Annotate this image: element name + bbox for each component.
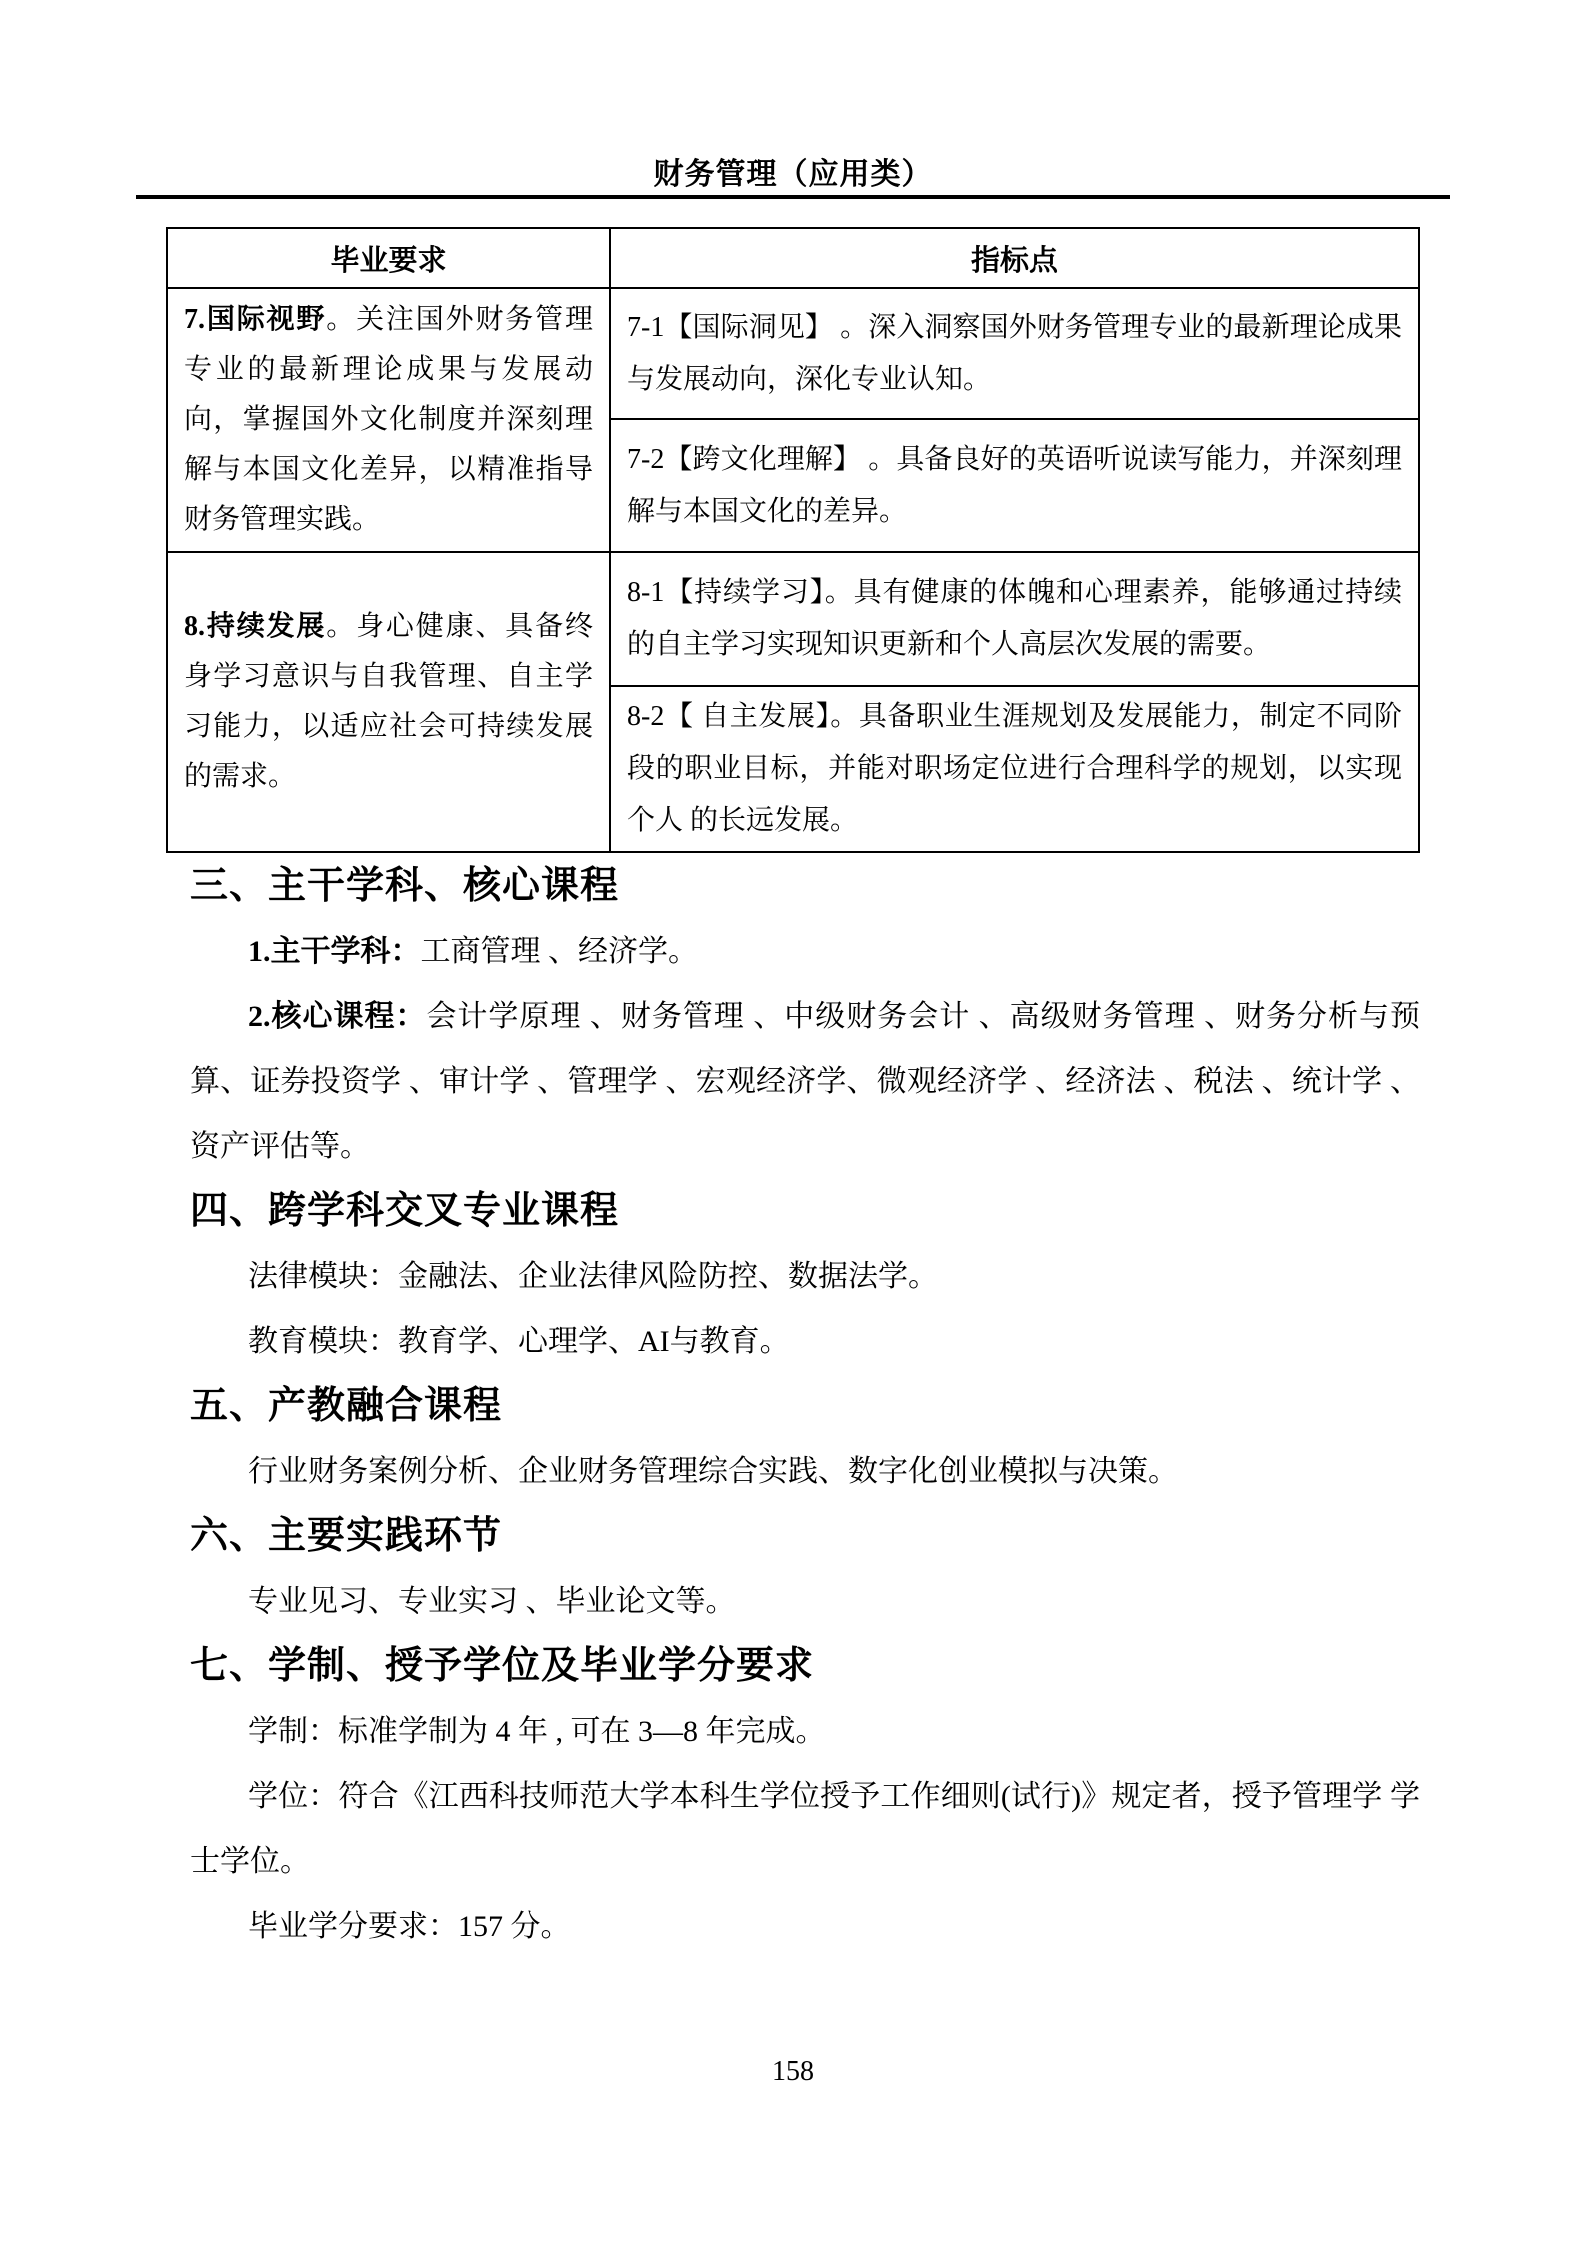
requirement-cell-7: 7.国际视野。关注国外财务管理专业的最新理论成果与发展动向，掌握国外文化制度并深… <box>167 288 610 552</box>
section-heading-7: 七、学制、授予学位及毕业学分要求 <box>190 1634 1420 1699</box>
requirement-7-lead: 7.国际视野 <box>184 304 326 335</box>
table-row: 8.持续发展。身心健康、具备终身学习意识与自我管理、自主学习能力，以适应社会可持… <box>167 552 1419 686</box>
graduation-requirements-table: 毕业要求 指标点 7.国际视野。关注国外财务管理专业的最新理论成果与发展动向，掌… <box>166 227 1420 853</box>
indicator-cell-8-2: 8-2【 自主发展】。具备职业生涯规划及发展能力，制定不同阶段的职业目标，并能对… <box>610 686 1419 852</box>
page-number: 158 <box>0 2056 1586 2088</box>
table-header-indicator: 指标点 <box>610 228 1419 288</box>
paragraph-core-courses: 2.核心课程：会计学原理 、财务管理 、中级财务会计 、高级财务管理 、财务分析… <box>190 984 1420 1179</box>
paragraph-education-module: 教育模块：教育学、心理学、AI与教育。 <box>190 1309 1420 1374</box>
indicator-cell-7-2: 7-2【跨文化理解】 。具备良好的英语听说读写能力，并深刻理解与本国文化的差异。 <box>610 419 1419 552</box>
indicator-cell-7-1: 7-1【国际洞见】 。深入洞察国外财务管理专业的最新理论成果与发展动向，深化专业… <box>610 288 1419 419</box>
paragraph-lead: 1.主干学科： <box>248 935 421 968</box>
title-divider-rule <box>136 195 1450 199</box>
paragraph-degree: 学位：符合《江西科技师范大学本科生学位授予工作细则(试行)》规定者，授予管理学 … <box>190 1764 1420 1894</box>
requirement-8-lead: 8.持续发展 <box>184 611 326 642</box>
requirement-cell-8: 8.持续发展。身心健康、具备终身学习意识与自我管理、自主学习能力，以适应社会可持… <box>167 552 610 852</box>
table-row: 7.国际视野。关注国外财务管理专业的最新理论成果与发展动向，掌握国外文化制度并深… <box>167 288 1419 419</box>
section-heading-5: 五、产教融合课程 <box>190 1374 1420 1439</box>
paragraph-credit-requirement: 毕业学分要求：157 分。 <box>190 1894 1420 1959</box>
paragraph-law-module: 法律模块：金融法、企业法律风险防控、数据法学。 <box>190 1244 1420 1309</box>
paragraph-study-length: 学制：标准学制为 4 年 , 可在 3—8 年完成。 <box>190 1699 1420 1764</box>
paragraph-text: 工商管理 、经济学。 <box>421 935 699 968</box>
page-title: 财务管理（应用类） <box>0 149 1586 193</box>
paragraph-major-disciplines: 1.主干学科：工商管理 、经济学。 <box>190 919 1420 984</box>
section-heading-4: 四、跨学科交叉专业课程 <box>190 1179 1420 1244</box>
document-page: 财务管理（应用类） 毕业要求 指标点 7.国际视野。关注国外财务管理专业的最新理… <box>0 0 1586 2245</box>
document-body: 三、主干学科、核心课程 1.主干学科：工商管理 、经济学。 2.核心课程：会计学… <box>190 854 1420 1959</box>
requirement-7-text: 。关注国外财务管理专业的最新理论成果与发展动向，掌握国外文化制度并深刻理解与本国… <box>184 304 593 535</box>
indicator-cell-8-1: 8-1【持续学习】。具有健康的体魄和心理素养，能够通过持续的自主学习实现知识更新… <box>610 552 1419 686</box>
paragraph-lead: 2.核心课程： <box>248 1000 426 1033</box>
section-heading-3: 三、主干学科、核心课程 <box>190 854 1420 919</box>
paragraph-practice-links: 专业见习、专业实习 、毕业论文等。 <box>190 1569 1420 1634</box>
section-heading-6: 六、主要实践环节 <box>190 1504 1420 1569</box>
table-header-row: 毕业要求 指标点 <box>167 228 1419 288</box>
paragraph-industry-education-courses: 行业财务案例分析、企业财务管理综合实践、数字化创业模拟与决策。 <box>190 1439 1420 1504</box>
table-header-requirement: 毕业要求 <box>167 228 610 288</box>
